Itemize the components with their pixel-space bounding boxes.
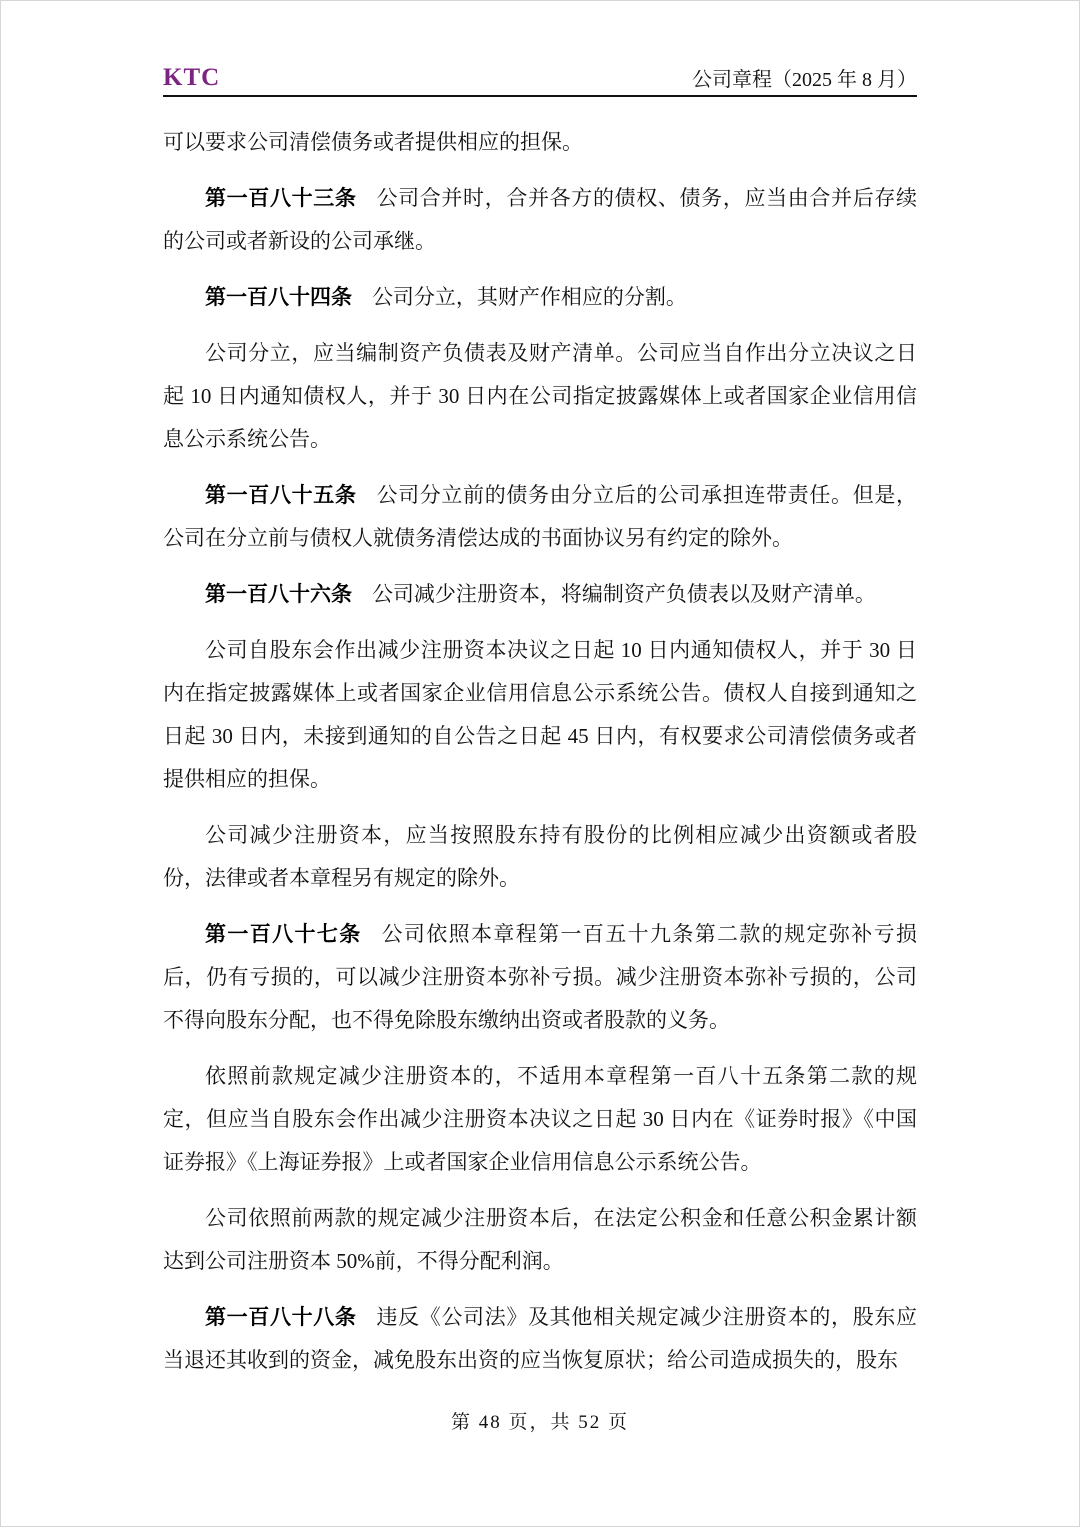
page-footer: 第 48 页，共 52 页 [1, 1407, 1079, 1434]
page-header: KTC 公司章程（2025 年 8 月） [163, 1, 917, 97]
paragraph-text: 可以要求公司清偿债务或者提供相应的担保。 [163, 130, 583, 154]
paragraph-text: 公司分立，应当编制资产负债表及财产清单。公司应当自作出分立决议之日起 10 日内… [163, 341, 917, 451]
paragraph-text: 公司减少注册资本，应当按照股东持有股份的比例相应减少出资额或者股份，法律或者本章… [163, 823, 917, 890]
paragraph-article-183: 第一百八十三条公司合并时，合并各方的债权、债务，应当由合并后存续的公司或者新设的… [163, 177, 917, 263]
header-title: 公司章程（2025 年 8 月） [692, 70, 917, 90]
page-inner: KTC 公司章程（2025 年 8 月） 可以要求公司清偿债务或者提供相应的担保… [163, 1, 917, 1411]
document-page: KTC 公司章程（2025 年 8 月） 可以要求公司清偿债务或者提供相应的担保… [0, 0, 1080, 1527]
paragraph-article-187: 第一百八十七条公司依照本章程第一百五十九条第二款的规定弥补亏损后，仍有亏损的，可… [163, 913, 917, 1042]
paragraph-text: 公司自股东会作出减少注册资本决议之日起 10 日内通知债权人，并于 30 日内在… [163, 638, 917, 791]
article-text: 公司分立，其财产作相应的分割。 [372, 285, 687, 309]
paragraph-article-188: 第一百八十八条违反《公司法》及其他相关规定减少注册资本的，股东应当退还其收到的资… [163, 1296, 917, 1382]
paragraph-article-185: 第一百八十五条公司分立前的债务由分立后的公司承担连带责任。但是，公司在分立前与债… [163, 474, 917, 560]
article-heading: 第一百八十四条 [205, 286, 372, 309]
article-heading: 第一百八十七条 [205, 923, 382, 946]
page-number: 第 48 页，共 52 页 [451, 1412, 629, 1433]
paragraph-text: 公司依照前两款的规定减少注册资本后，在法定公积金和任意公积金累计额达到公司注册资… [163, 1206, 917, 1273]
paragraph-body: 公司自股东会作出减少注册资本决议之日起 10 日内通知债权人，并于 30 日内在… [163, 629, 917, 801]
paragraph-continuation: 可以要求公司清偿债务或者提供相应的担保。 [163, 121, 917, 164]
paragraph-article-186: 第一百八十六条公司减少注册资本，将编制资产负债表以及财产清单。 [163, 573, 917, 616]
article-heading: 第一百八十六条 [205, 583, 372, 606]
paragraph-body: 公司依照前两款的规定减少注册资本后，在法定公积金和任意公积金累计额达到公司注册资… [163, 1197, 917, 1283]
paragraph-article-184: 第一百八十四条公司分立，其财产作相应的分割。 [163, 276, 917, 319]
article-text: 公司减少注册资本，将编制资产负债表以及财产清单。 [372, 582, 876, 606]
paragraph-body: 公司分立，应当编制资产负债表及财产清单。公司应当自作出分立决议之日起 10 日内… [163, 332, 917, 461]
article-heading: 第一百八十八条 [205, 1306, 376, 1329]
article-heading: 第一百八十三条 [205, 187, 376, 210]
ktc-logo: KTC [163, 65, 220, 90]
paragraph-body: 依照前款规定减少注册资本的，不适用本章程第一百八十五条第二款的规定，但应当自股东… [163, 1055, 917, 1184]
paragraph-text: 依照前款规定减少注册资本的，不适用本章程第一百八十五条第二款的规定，但应当自股东… [163, 1064, 917, 1174]
document-content: 可以要求公司清偿债务或者提供相应的担保。 第一百八十三条公司合并时，合并各方的债… [163, 97, 917, 1411]
paragraph-body: 公司减少注册资本，应当按照股东持有股份的比例相应减少出资额或者股份，法律或者本章… [163, 814, 917, 900]
article-heading: 第一百八十五条 [205, 484, 376, 507]
